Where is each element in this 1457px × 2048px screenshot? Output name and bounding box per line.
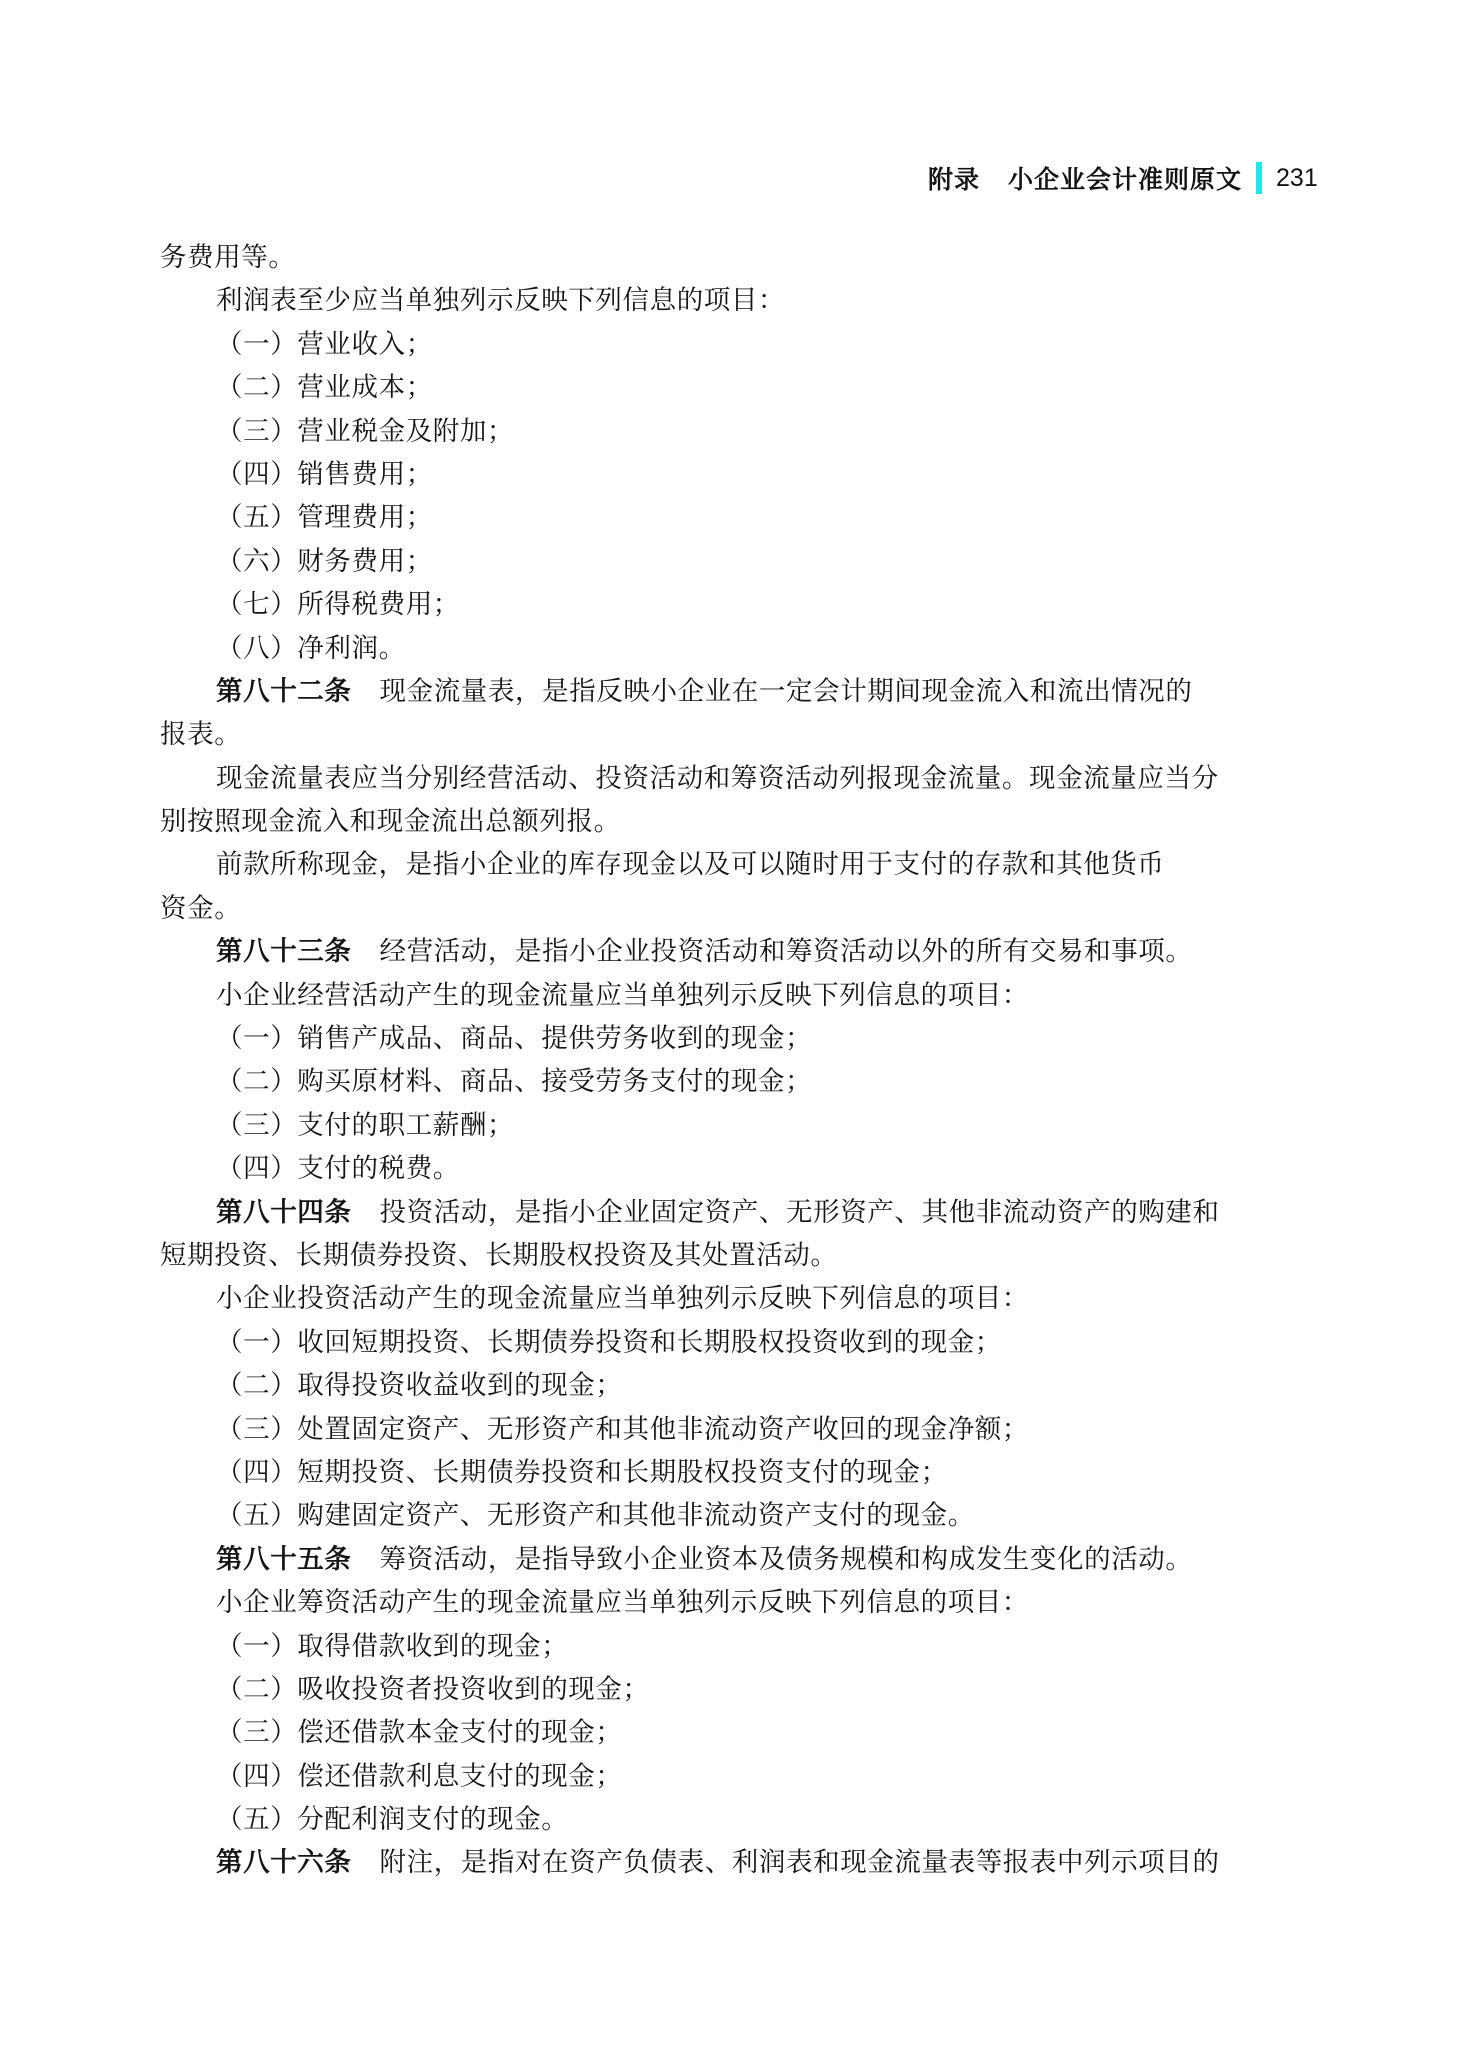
paragraph-line: 前款所称现金，是指小企业的库存现金以及可以随时用于支付的存款和其他货币 bbox=[160, 843, 1312, 886]
article-line: 第八十五条筹资活动，是指导致小企业资本及债务规模和构成发生变化的活动。 bbox=[160, 1538, 1312, 1581]
line-text: 现金流量表，是指反映小企业在一定会计期间现金流入和流出情况的 bbox=[380, 676, 1193, 707]
line-text: （二）营业成本； bbox=[216, 372, 433, 403]
line-text: 资金。 bbox=[160, 893, 241, 924]
line-text: 报表。 bbox=[160, 719, 241, 750]
paragraph-line: 小企业筹资活动产生的现金流量应当单独列示反映下列信息的项目： bbox=[160, 1581, 1312, 1624]
list-item: （二）取得投资收益收到的现金； bbox=[160, 1364, 1312, 1407]
continuation-line: 报表。 bbox=[160, 713, 1312, 756]
list-item: （六）财务费用； bbox=[160, 540, 1312, 583]
list-item: （三）偿还借款本金支付的现金； bbox=[160, 1711, 1312, 1754]
list-item: （一）营业收入； bbox=[160, 323, 1312, 366]
line-text: （一）收回短期投资、长期债券投资和长期股权投资收到的现金； bbox=[216, 1327, 1002, 1358]
paragraph-line: 小企业经营活动产生的现金流量应当单独列示反映下列信息的项目： bbox=[160, 974, 1312, 1017]
line-text: （五）购建固定资产、无形资产和其他非流动资产支付的现金。 bbox=[216, 1500, 975, 1531]
list-item: （四）销售费用； bbox=[160, 453, 1312, 496]
line-text: 经营活动，是指小企业投资活动和筹资活动以外的所有交易和事项。 bbox=[380, 936, 1193, 967]
line-text: 利润表至少应当单独列示反映下列信息的项目： bbox=[216, 285, 785, 316]
list-item: （四）支付的税费。 bbox=[160, 1147, 1312, 1190]
line-text: （三）处置固定资产、无形资产和其他非流动资产收回的现金净额； bbox=[216, 1414, 1029, 1445]
list-item: （二）购买原材料、商品、接受劳务支付的现金； bbox=[160, 1060, 1312, 1103]
list-item: （一）取得借款收到的现金； bbox=[160, 1625, 1312, 1668]
line-text: （二）取得投资收益收到的现金； bbox=[216, 1370, 623, 1401]
line-text: （五）管理费用； bbox=[216, 502, 433, 533]
line-text: （三）偿还借款本金支付的现金； bbox=[216, 1717, 623, 1748]
line-text: （一）销售产成品、商品、提供劳务收到的现金； bbox=[216, 1023, 812, 1054]
list-item: （一）收回短期投资、长期债券投资和长期股权投资收到的现金； bbox=[160, 1321, 1312, 1364]
header-accent-bar bbox=[1256, 162, 1262, 194]
line-text: （二）购买原材料、商品、接受劳务支付的现金； bbox=[216, 1066, 812, 1097]
line-text: （二）吸收投资者投资收到的现金； bbox=[216, 1674, 650, 1705]
list-item: （三）处置固定资产、无形资产和其他非流动资产收回的现金净额； bbox=[160, 1408, 1312, 1451]
running-header: 附录 小企业会计准则原文 231 bbox=[928, 158, 1318, 198]
list-item: （八）净利润。 bbox=[160, 627, 1312, 670]
list-item: （七）所得税费用； bbox=[160, 583, 1312, 626]
paragraph-line: 现金流量表应当分别经营活动、投资活动和筹资活动列报现金流量。现金流量应当分 bbox=[160, 757, 1312, 800]
list-item: （五）管理费用； bbox=[160, 496, 1312, 539]
line-text: 筹资活动，是指导致小企业资本及债务规模和构成发生变化的活动。 bbox=[380, 1544, 1193, 1575]
list-item: （二）营业成本； bbox=[160, 366, 1312, 409]
line-text: 小企业投资活动产生的现金流量应当单独列示反映下列信息的项目： bbox=[216, 1283, 1029, 1314]
line-text: 附注，是指对在资产负债表、利润表和现金流量表等报表中列示项目的 bbox=[380, 1847, 1220, 1878]
article-line: 第八十三条经营活动，是指小企业投资活动和筹资活动以外的所有交易和事项。 bbox=[160, 930, 1312, 973]
line-text: （五）分配利润支付的现金。 bbox=[216, 1804, 568, 1835]
list-item: （五）分配利润支付的现金。 bbox=[160, 1798, 1312, 1841]
article-line: 第八十二条现金流量表，是指反映小企业在一定会计期间现金流入和流出情况的 bbox=[160, 670, 1312, 713]
line-text: （四）短期投资、长期债券投资和长期股权投资支付的现金； bbox=[216, 1457, 948, 1488]
line-text: （七）所得税费用； bbox=[216, 589, 460, 620]
continuation-line: 短期投资、长期债券投资、长期股权投资及其处置活动。 bbox=[160, 1234, 1312, 1277]
list-item: （四）短期投资、长期债券投资和长期股权投资支付的现金； bbox=[160, 1451, 1312, 1494]
line-text: （三）支付的职工薪酬； bbox=[216, 1110, 514, 1141]
article-line: 第八十六条附注，是指对在资产负债表、利润表和现金流量表等报表中列示项目的 bbox=[160, 1841, 1312, 1884]
line-text: 短期投资、长期债券投资、长期股权投资及其处置活动。 bbox=[160, 1240, 838, 1271]
continuation-line: 别按照现金流入和现金流出总额列报。 bbox=[160, 800, 1312, 843]
line-text: （四）支付的税费。 bbox=[216, 1153, 460, 1184]
list-item: （一）销售产成品、商品、提供劳务收到的现金； bbox=[160, 1017, 1312, 1060]
list-item: （二）吸收投资者投资收到的现金； bbox=[160, 1668, 1312, 1711]
article-number: 第八十三条 bbox=[216, 936, 352, 967]
list-item: （三）营业税金及附加； bbox=[160, 410, 1312, 453]
line-text: 小企业经营活动产生的现金流量应当单独列示反映下列信息的项目： bbox=[216, 980, 1029, 1011]
paragraph-line: 小企业投资活动产生的现金流量应当单独列示反映下列信息的项目： bbox=[160, 1277, 1312, 1320]
article-number: 第八十四条 bbox=[216, 1197, 352, 1228]
line-text: 务费用等。 bbox=[160, 242, 296, 273]
continuation-line: 务费用等。 bbox=[160, 236, 1312, 279]
line-text: （一）取得借款收到的现金； bbox=[216, 1631, 568, 1662]
article-line: 第八十四条投资活动，是指小企业固定资产、无形资产、其他非流动资产的购建和 bbox=[160, 1191, 1312, 1234]
line-text: 小企业筹资活动产生的现金流量应当单独列示反映下列信息的项目： bbox=[216, 1587, 1029, 1618]
line-text: 现金流量表应当分别经营活动、投资活动和筹资活动列报现金流量。现金流量应当分 bbox=[216, 763, 1219, 794]
header-title: 小企业会计准则原文 bbox=[1008, 160, 1242, 196]
line-text: （四）偿还借款利息支付的现金； bbox=[216, 1761, 623, 1792]
list-item: （五）购建固定资产、无形资产和其他非流动资产支付的现金。 bbox=[160, 1494, 1312, 1537]
list-item: （三）支付的职工薪酬； bbox=[160, 1104, 1312, 1147]
line-text: （四）销售费用； bbox=[216, 459, 433, 490]
line-text: （八）净利润。 bbox=[216, 633, 406, 664]
list-item: （四）偿还借款利息支付的现金； bbox=[160, 1755, 1312, 1798]
line-text: 投资活动，是指小企业固定资产、无形资产、其他非流动资产的购建和 bbox=[380, 1197, 1220, 1228]
paragraph-line: 利润表至少应当单独列示反映下列信息的项目： bbox=[160, 279, 1312, 322]
article-number: 第八十五条 bbox=[216, 1544, 352, 1575]
article-number: 第八十六条 bbox=[216, 1847, 352, 1878]
page-body: 务费用等。利润表至少应当单独列示反映下列信息的项目：（一）营业收入；（二）营业成… bbox=[160, 236, 1312, 1885]
line-text: （三）营业税金及附加； bbox=[216, 416, 514, 447]
article-number: 第八十二条 bbox=[216, 676, 352, 707]
line-text: （一）营业收入； bbox=[216, 329, 433, 360]
line-text: （六）财务费用； bbox=[216, 546, 433, 577]
page-number: 231 bbox=[1276, 164, 1318, 193]
line-text: 前款所称现金，是指小企业的库存现金以及可以随时用于支付的存款和其他货币 bbox=[216, 849, 1165, 880]
header-section: 附录 bbox=[928, 160, 980, 196]
line-text: 别按照现金流入和现金流出总额列报。 bbox=[160, 806, 621, 837]
continuation-line: 资金。 bbox=[160, 887, 1312, 930]
